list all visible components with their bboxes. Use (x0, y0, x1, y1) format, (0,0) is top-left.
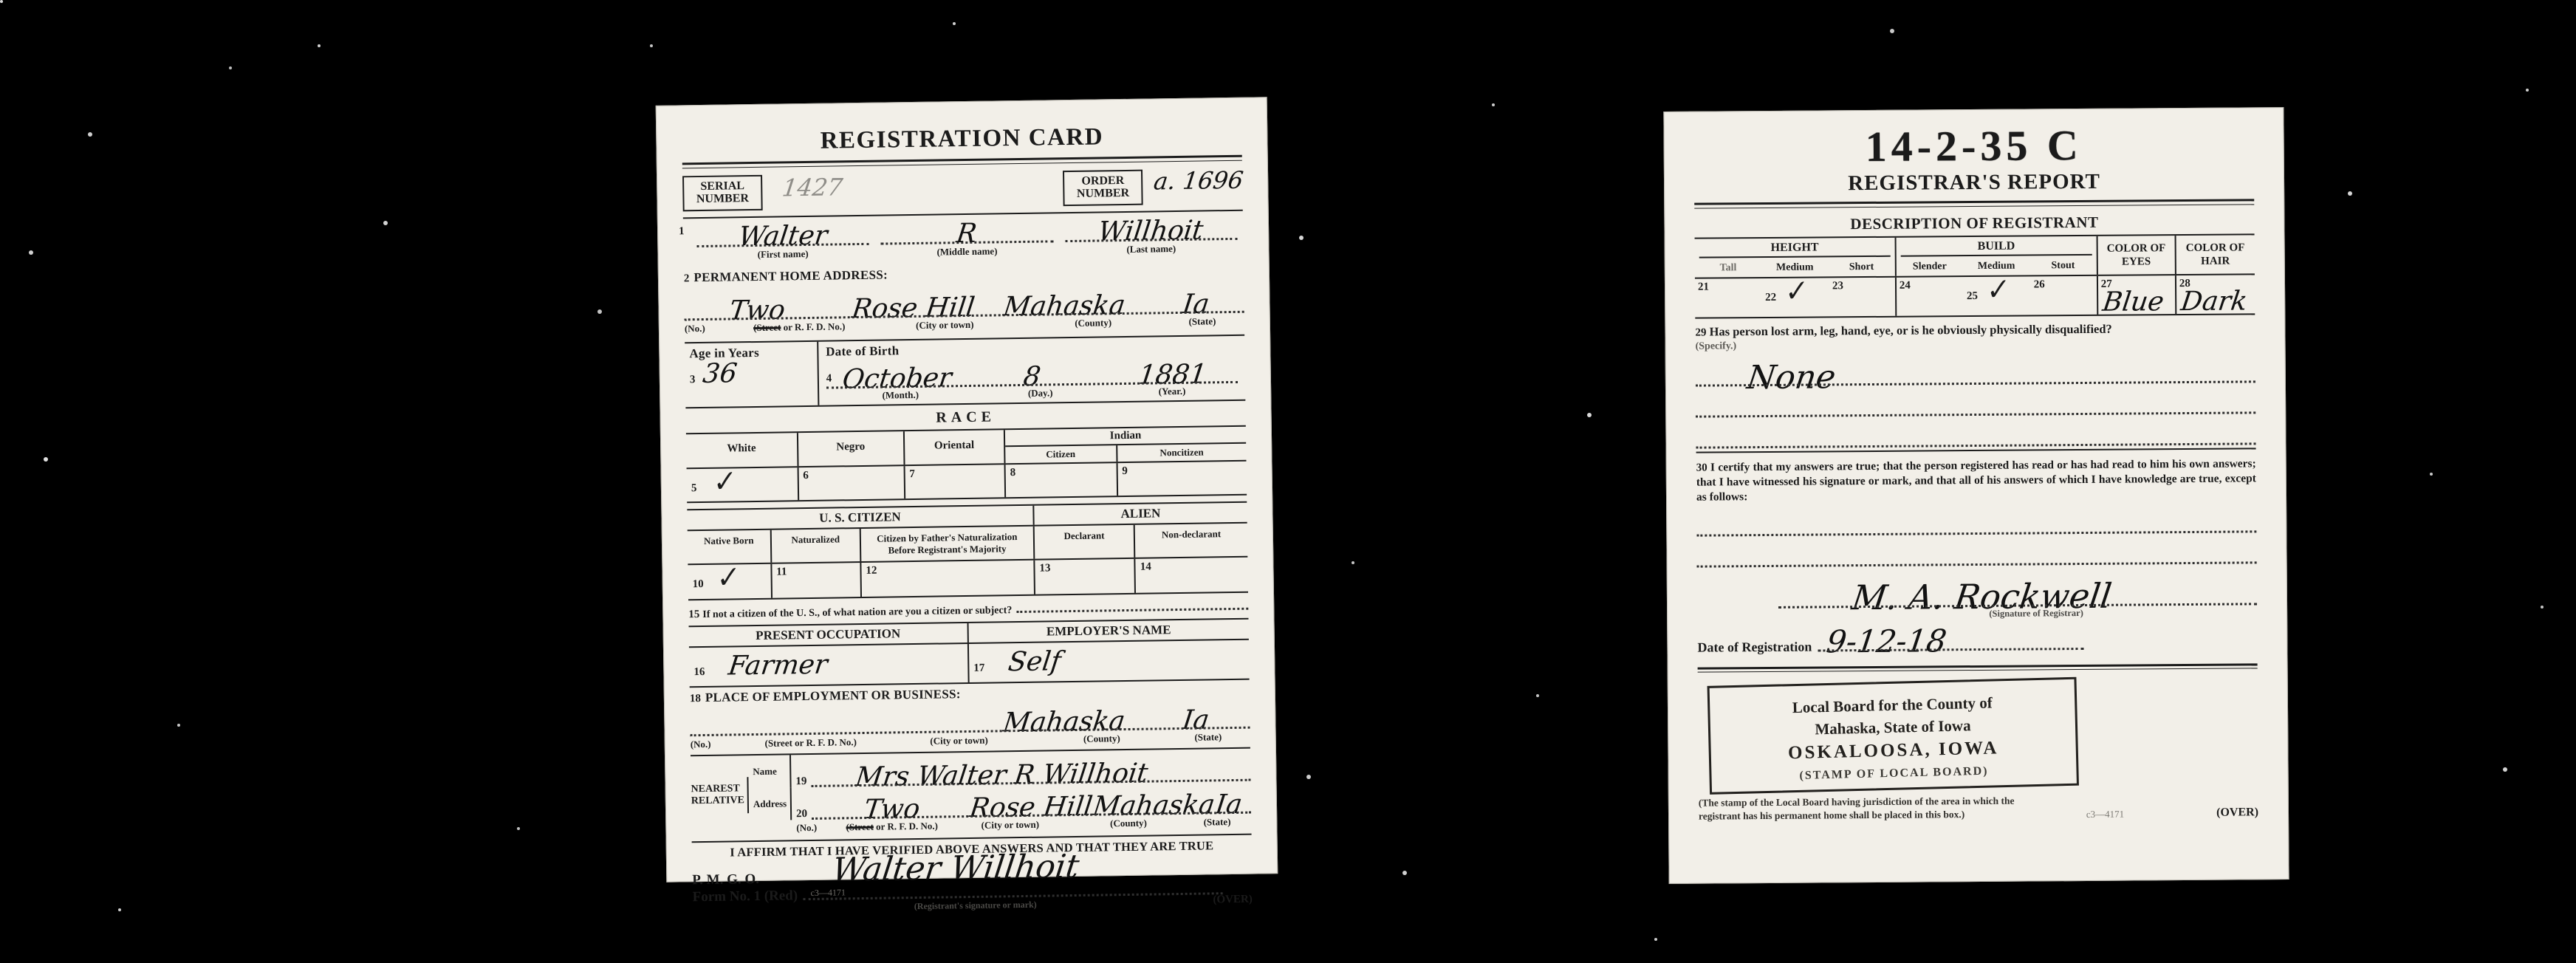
date-of-registration-value: 9-12-18 (1825, 627, 1948, 656)
registrant-signature-label: (Registrant's signature or mark) (914, 899, 1037, 912)
citizen-table: U. S. CITIZEN ALIEN Native Born Naturali… (687, 501, 1248, 601)
stamp-line-4: (STAMP OF LOCAL BOARD) (1719, 762, 2069, 784)
form-stamp-number: 14-2-35 C (1694, 123, 2254, 169)
color-of-eyes-header: COLOR OF EYES (2097, 236, 2176, 275)
description-table: HEIGHT Tall Medium Short BUILD Slender M… (1695, 233, 2255, 318)
serial-order-spacer (841, 171, 1057, 209)
nearest-relative-label: NEAREST RELATIVE (691, 778, 749, 814)
question-29-answer-line: None (1696, 349, 2255, 386)
line2-number: 2 (684, 273, 690, 284)
tall-label: Tall (1695, 258, 1761, 278)
age-dob-row: Age in Years 3 36 Date of Birth 4 Octobe… (685, 335, 1245, 409)
name-row: 1 Walter (First name) R (Middle name) Wi… (683, 218, 1244, 261)
right-print-code: c3—4171 (2086, 808, 2124, 820)
right-over-label: (OVER) (2216, 806, 2258, 819)
line18-number: 18 (690, 693, 701, 705)
q29-blank-line-1 (1696, 383, 2255, 417)
race-indian-group: Indian Citizen Noncitizen (1005, 427, 1247, 464)
question-29-text: Has person lost arm, leg, hand, eye, or … (1710, 322, 2112, 339)
build-medium-checkmark: ✓ (1987, 276, 2010, 302)
report-title-rule (1694, 199, 2254, 208)
question-30-text: I certify that my answers are true; that… (1696, 457, 2256, 504)
citizen-by-father-cell: 12 (861, 561, 1035, 597)
line15-text: If not a citizen of the U. S., of what n… (702, 605, 1012, 621)
height-header: HEIGHT (1699, 238, 1891, 258)
serial-number-value: 1427 (780, 177, 844, 210)
race-noncitizen-cell: 9 (1117, 462, 1247, 496)
dob-number: 4 (826, 374, 832, 385)
home-address-value-line: Two Rose Hill Mahaska Ia (684, 278, 1244, 321)
naturalized-label: Naturalized (771, 529, 861, 563)
question-29: 29 Has person lost arm, leg, hand, eye, … (1695, 321, 2255, 352)
employers-name-header: EMPLOYER'S NAME (969, 620, 1249, 642)
build-group: BUILD Slender Medium Stout (1896, 236, 2097, 276)
middle-name-column: R (Middle name) (880, 221, 1053, 259)
occupation-table: PRESENT OCCUPATION EMPLOYER'S NAME 16 Fa… (689, 618, 1250, 688)
employment-state-label: (State) (1166, 731, 1250, 744)
race-white-checkmark: ✓ (713, 468, 736, 495)
naturalized-cell: 11 (772, 563, 862, 598)
race-indian-noncitizen-label: Noncitizen (1117, 444, 1247, 462)
day-label: (Day.) (974, 386, 1106, 400)
stamp-area-rule (1698, 663, 2258, 672)
registration-card-title: REGISTRATION CARD (682, 122, 1241, 157)
order-number-value: a. 1696 (1151, 170, 1245, 205)
build-medium-cell: 25 ✓ (1964, 276, 2031, 315)
serial-order-row: SERIAL NUMBER 1427 ORDER NUMBER a. 1696 (682, 164, 1243, 219)
employment-street-label: (Street or R. F. D. No.) (741, 736, 881, 750)
q29-blank-line-2 (1696, 414, 2255, 448)
left-over-label: (OVER) (1213, 894, 1253, 907)
nearest-relative-block: NEAREST RELATIVE Name 19 Mrs Walter R Wi… (691, 747, 1251, 836)
q29-bottom-rule (1696, 448, 2256, 453)
left-card-footer: P. M. G. O. Form No. 1 (Red) Walter Will… (692, 854, 1253, 920)
relative-address-number: 20 (796, 809, 807, 820)
employer-cell: 17 Self (969, 640, 1250, 682)
eyes-value: Blue (2101, 290, 2165, 315)
short-cell: 23 (1829, 278, 1897, 317)
film-grain-specks (0, 0, 3, 3)
registrar-signature-row: M. A. Rockwell (1697, 563, 2257, 609)
registration-card: REGISTRATION CARD SERIAL NUMBER 1427 ORD… (656, 97, 1278, 882)
order-number-label: ORDER NUMBER (1063, 170, 1143, 206)
stout-cell: 26 (2031, 276, 2098, 315)
q30-blank-line-1 (1696, 501, 2256, 536)
race-white-label: White (686, 433, 798, 467)
race-oriental-cell: 7 (905, 465, 1006, 498)
tall-cell: 21 (1695, 278, 1762, 318)
line15-dotted-line (1016, 597, 1248, 613)
non-declarant-cell: 14 (1136, 558, 1248, 593)
alien-header: ALIEN (1034, 503, 1247, 525)
question-30: 30 I certify that my answers are true; t… (1696, 456, 2256, 505)
occupation-cell: 16 Farmer (689, 644, 970, 686)
dob-value-line: 4 October 8 1881 (826, 354, 1238, 389)
stout-label: Stout (2029, 256, 2096, 275)
occupation-value: Farmer (727, 654, 829, 679)
description-header: DESCRIPTION OF REGISTRANT (1694, 212, 2254, 234)
date-of-registration-label: Date of Registration (1697, 639, 1812, 655)
race-negro-cell: 6 (798, 466, 905, 500)
registrar-signature-value: M. A. Rockwell (1850, 581, 2113, 614)
age-number: 3 (690, 374, 696, 385)
left-print-code: c3—4171 (811, 887, 846, 899)
declarant-label: Declarant (1035, 525, 1136, 559)
slender-cell: 24 (1897, 277, 1964, 316)
registrars-report-card: 14-2-35 C REGISTRAR'S REPORT DESCRIPTION… (1663, 107, 2289, 884)
native-born-cell: 10 ✓ (688, 564, 772, 600)
native-born-label: Native Born (688, 530, 772, 564)
build-header: BUILD (1900, 236, 2092, 257)
date-of-registration-row: Date of Registration 9-12-18 (1697, 622, 2257, 655)
short-label: Short (1828, 257, 1894, 277)
local-board-stamp: Local Board for the County of Mahaska, S… (1707, 676, 2079, 794)
race-citizen-cell: 8 (1006, 463, 1118, 497)
race-white-cell: 5 ✓ (687, 467, 799, 501)
home-address-block: 2 PERMANENT HOME ADDRESS: Two Rose Hill … (684, 263, 1244, 335)
race-negro-label: Negro (798, 431, 905, 466)
color-of-hair-header: COLOR OF HAIR (2176, 235, 2254, 274)
middle-name-value: R (956, 222, 979, 246)
first-name-column: Walter (First name) (696, 223, 869, 261)
employment-no-label: (No.) (691, 738, 741, 750)
line15: 15 If not a citizen of the U. S., of wha… (688, 597, 1248, 622)
registrars-report-title: REGISTRAR'S REPORT (1694, 168, 2254, 196)
registrant-signature: Walter Willhoit (831, 852, 1081, 885)
q30-blank-line-2 (1696, 532, 2256, 567)
serial-number-label: SERIAL NUMBER (682, 175, 763, 211)
citizen-by-father-label: Citizen by Father's Naturalization Befor… (861, 527, 1035, 561)
employment-place-block: 18 PLACE OF EMPLOYMENT OR BUSINESS: Maha… (690, 683, 1250, 751)
pmgo-form-label: P. M. G. O. Form No. 1 (Red) (692, 871, 798, 919)
race-indian-citizen-label: Citizen (1005, 445, 1117, 463)
hair-value: Dark (2179, 289, 2249, 314)
age-cell: Age in Years 3 36 (685, 342, 819, 408)
relative-address-line: Two Rose Hill Mahaska Ia (812, 781, 1252, 820)
hair-cell: 28 Dark (2176, 275, 2255, 314)
present-occupation-header: PRESENT OCCUPATION (689, 623, 969, 646)
race-oriental-label: Oriental (905, 430, 1006, 465)
relative-name-number: 19 (795, 776, 806, 787)
stamp-box-note: (The stamp of the Local Board having jur… (1699, 795, 2035, 823)
us-citizen-header: U. S. CITIZEN (687, 506, 1034, 530)
race-table: White Negro Oriental Indian Citizen Nonc… (686, 425, 1247, 504)
relative-address-row: Address 20 Two Rose Hill Mahaska Ia (753, 781, 1252, 820)
height-medium-cell: 22 ✓ (1762, 278, 1829, 317)
slender-label: Slender (1897, 256, 1963, 276)
relative-name-key: Name (753, 755, 792, 788)
line15-number: 15 (688, 609, 699, 620)
employer-value: Self (1007, 650, 1062, 674)
line1-number: 1 (679, 226, 685, 237)
declarant-cell: 13 (1035, 559, 1136, 594)
native-born-checkmark: ✓ (716, 564, 740, 591)
relative-no-label: (No.) (796, 821, 837, 834)
height-medium-checkmark: ✓ (1785, 278, 1809, 304)
eyes-cell: 27 Blue (2098, 275, 2176, 315)
non-declarant-label: Non-declarant (1135, 524, 1247, 558)
relative-address-key: Address (753, 787, 792, 820)
last-name-value: Willhoit (1097, 219, 1205, 244)
height-group: HEIGHT Tall Medium Short (1695, 238, 1897, 278)
right-card-footer: (The stamp of the Local Board having jur… (1699, 793, 2258, 823)
first-name-value: Walter (737, 224, 829, 249)
dob-cell: Date of Birth 4 October 8 1881 (Month.) … (818, 336, 1245, 405)
last-name-column: Willhoit (Last name) (1065, 218, 1238, 256)
age-value: 36 (701, 362, 738, 386)
